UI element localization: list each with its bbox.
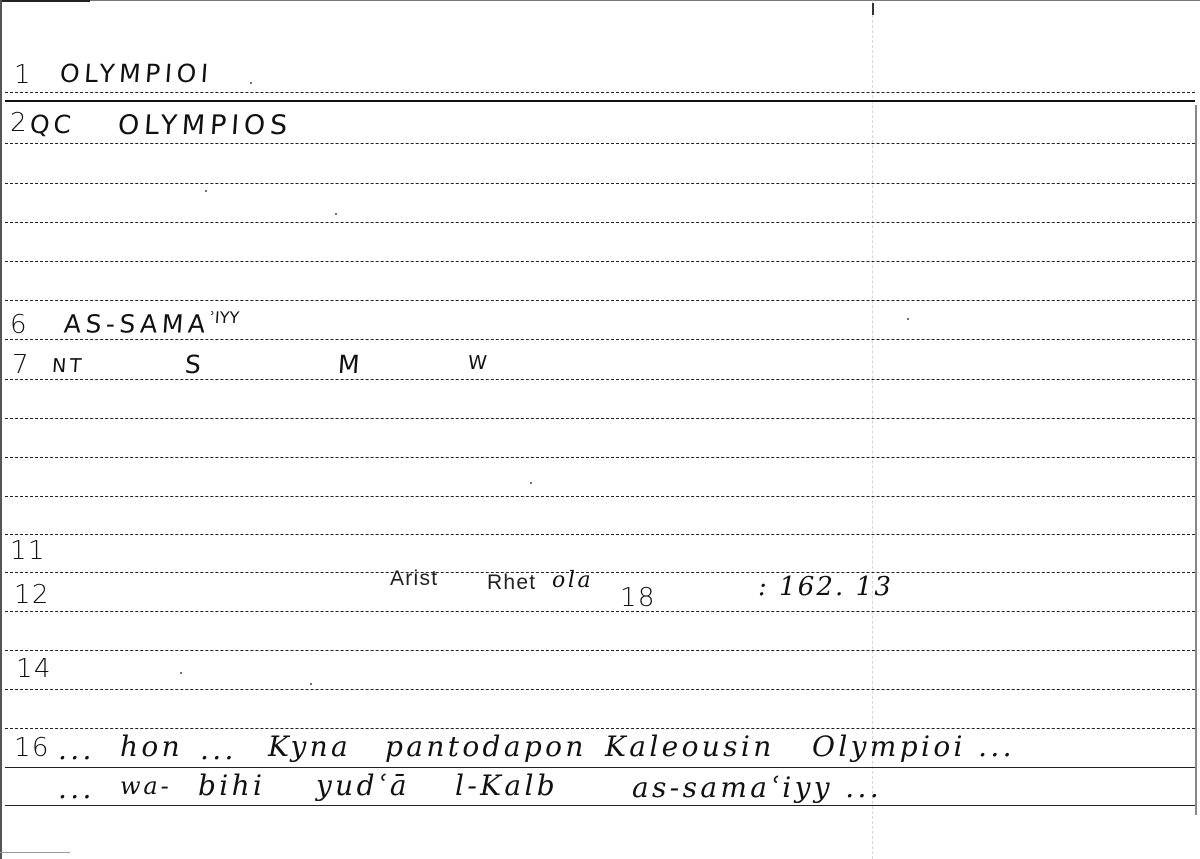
scan-speck bbox=[310, 683, 312, 685]
rule-line-17 bbox=[5, 805, 1195, 806]
line-number-11: 11 bbox=[10, 536, 46, 566]
line-number-6: 6 bbox=[10, 310, 28, 340]
scan-speck bbox=[250, 82, 252, 84]
scan-speck bbox=[180, 672, 182, 674]
rule-line-9 bbox=[5, 457, 1195, 458]
rule-line-6 bbox=[5, 339, 1195, 340]
translation-word-yuda: yudʿā bbox=[316, 769, 410, 802]
card-edge-right bbox=[1195, 105, 1197, 815]
arabic-transliteration: AS-SAMAʾIYY bbox=[63, 308, 240, 338]
rule-line-13 bbox=[5, 650, 1195, 651]
rule-line-11 bbox=[5, 572, 1195, 573]
rule-line-16 bbox=[5, 767, 1195, 768]
manuscript-m: M bbox=[337, 350, 365, 379]
rule-line-11-top bbox=[5, 534, 1195, 535]
source-siglum: QC bbox=[29, 110, 76, 139]
quote-word-kyna: Kyna bbox=[268, 730, 351, 763]
fold-tick bbox=[872, 3, 874, 15]
typed-work: Rhet bbox=[487, 571, 536, 595]
entry-headword-greek: OLYMPIOI bbox=[59, 59, 214, 88]
line-number-2: 2 bbox=[10, 108, 28, 138]
quote-word-pantodapon: pantodapon bbox=[385, 730, 587, 763]
rule-line-15 bbox=[5, 728, 1195, 729]
rule-line-6-top bbox=[5, 300, 1195, 301]
quote-dots: ... bbox=[58, 733, 95, 766]
rule-line-12 bbox=[5, 611, 1195, 612]
rule-divider-thick bbox=[5, 100, 1195, 102]
translation-word-as-samaiyy: as-samaʿiyy ... bbox=[632, 771, 882, 804]
rule-line-8 bbox=[5, 418, 1195, 419]
rule-line-1 bbox=[5, 92, 1195, 93]
line-number-7: 7 bbox=[12, 350, 30, 380]
rule-line-10 bbox=[5, 496, 1195, 497]
line-number-14: 14 bbox=[16, 654, 52, 684]
line-number-1: 1 bbox=[14, 60, 32, 90]
page-line-reference: : 162. 13 bbox=[758, 572, 893, 602]
line-number-16: 16 bbox=[14, 733, 50, 763]
translation-word-bihi: bihi bbox=[198, 769, 265, 802]
work-suffix-handwritten: ola bbox=[552, 568, 593, 593]
line-number-12: 12 bbox=[14, 580, 50, 610]
translation-dots: ... bbox=[58, 772, 95, 805]
scan-speck bbox=[335, 213, 337, 215]
typed-author: Arist bbox=[390, 567, 438, 591]
quote-word-olympioi: Olympioi ... bbox=[812, 730, 1015, 763]
arabic-transliteration-main: AS-SAMA bbox=[63, 309, 211, 338]
rule-line-14 bbox=[5, 689, 1195, 690]
manuscript-w: W bbox=[467, 352, 491, 374]
card-edge-top-dark bbox=[0, 0, 90, 2]
translation-word-wa: wa- bbox=[120, 772, 172, 800]
lemma-greek: OLYMPIOS bbox=[117, 110, 293, 141]
card-edge-top bbox=[0, 0, 1200, 1]
rule-line-3 bbox=[5, 183, 1195, 184]
translation-word-l-kalb: l-Kalb bbox=[455, 769, 558, 802]
rule-line-4 bbox=[5, 222, 1195, 223]
manuscript-nt: NT bbox=[51, 355, 85, 377]
quote-word-kaleousin: Kaleousin bbox=[605, 730, 775, 763]
rule-line-2 bbox=[5, 143, 1195, 144]
rule-line-7 bbox=[5, 379, 1195, 380]
quote-word-hon: hon bbox=[120, 730, 183, 763]
scan-speck bbox=[907, 318, 909, 320]
index-card: 1 OLYMPIOI 2 QC OLYMPIOS 6 AS-SAMAʾIYY 7… bbox=[0, 0, 1200, 859]
arabic-transliteration-suffix: ʾIYY bbox=[209, 308, 240, 327]
manuscript-s: S bbox=[184, 350, 206, 379]
card-edge-left bbox=[0, 0, 2, 859]
scan-speck bbox=[205, 190, 207, 192]
scan-speck bbox=[530, 482, 532, 484]
chapter-number: 18 bbox=[620, 583, 656, 613]
card-edge-bottom bbox=[0, 852, 70, 853]
quote-dots: ... bbox=[200, 733, 237, 766]
rule-line-5 bbox=[5, 261, 1195, 262]
